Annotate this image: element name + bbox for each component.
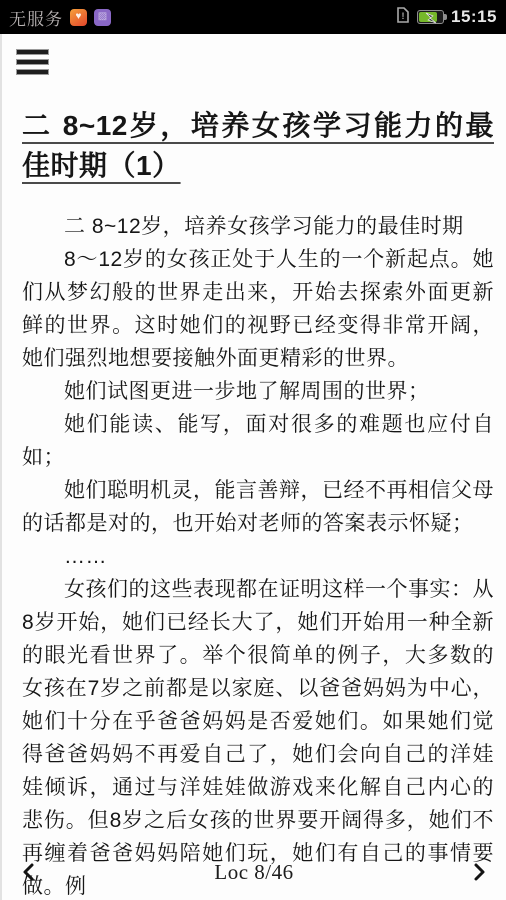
chevron-right-icon <box>468 860 490 884</box>
reader-footer: Loc 8/46 <box>2 852 506 892</box>
paragraph: 她们聪明机灵，能言善辩，已经不再相信父母的话都是对的，也开始对老师的答案表示怀疑… <box>22 474 494 540</box>
paragraph: 她们试图更进一步地了解周围的世界； <box>22 375 494 408</box>
book-page[interactable]: 二 8~12岁，培养女孩学习能力的最佳时期（1） 二 8~12岁，培养女孩学习能… <box>2 106 506 900</box>
hamburger-icon <box>16 49 49 55</box>
paragraph: …… <box>22 540 494 573</box>
svg-text:!: ! <box>402 11 405 21</box>
menu-button[interactable] <box>12 45 53 79</box>
charging-bolt-icon <box>422 11 440 30</box>
next-page-button[interactable] <box>464 856 494 888</box>
chevron-left-icon <box>18 860 40 884</box>
no-sim-icon: ! <box>396 6 410 29</box>
status-bar: 无服务 ♥ ▨ ! 15:15 <box>0 0 506 34</box>
notification-orange-app-icon: ♥ <box>70 9 87 26</box>
prev-page-button[interactable] <box>14 856 44 888</box>
paragraph: 8～12岁的女孩正处于人生的一个新起点。她们从梦幻般的世界走出来，开始去探索外面… <box>22 243 494 375</box>
clock: 15:15 <box>451 7 497 27</box>
chapter-title: 二 8~12岁，培养女孩学习能力的最佳时期（1） <box>22 106 494 186</box>
notification-purple-app-icon: ▨ <box>94 9 111 26</box>
paragraph: 二 8~12岁，培养女孩学习能力的最佳时期 <box>22 210 494 243</box>
reader-screen: 二 8~12岁，培养女孩学习能力的最佳时期（1） 二 8~12岁，培养女孩学习能… <box>0 34 506 900</box>
paragraph: 她们能读、能写，面对很多的难题也应付自如； <box>22 408 494 474</box>
carrier-status: 无服务 <box>9 5 63 30</box>
status-bar-left: 无服务 ♥ ▨ <box>9 5 111 30</box>
hamburger-icon <box>16 59 49 65</box>
paragraph: 女孩们的这些表现都在证明这样一个事实：从8岁开始，她们已经长大了，她们开始用一种… <box>22 573 494 900</box>
location-indicator: Loc 8/46 <box>214 860 293 885</box>
hamburger-icon <box>16 69 49 75</box>
ereader-app: 无服务 ♥ ▨ ! 15:15 <box>0 0 506 900</box>
status-bar-right: ! 15:15 <box>396 6 497 29</box>
battery-charging-icon <box>417 10 444 24</box>
